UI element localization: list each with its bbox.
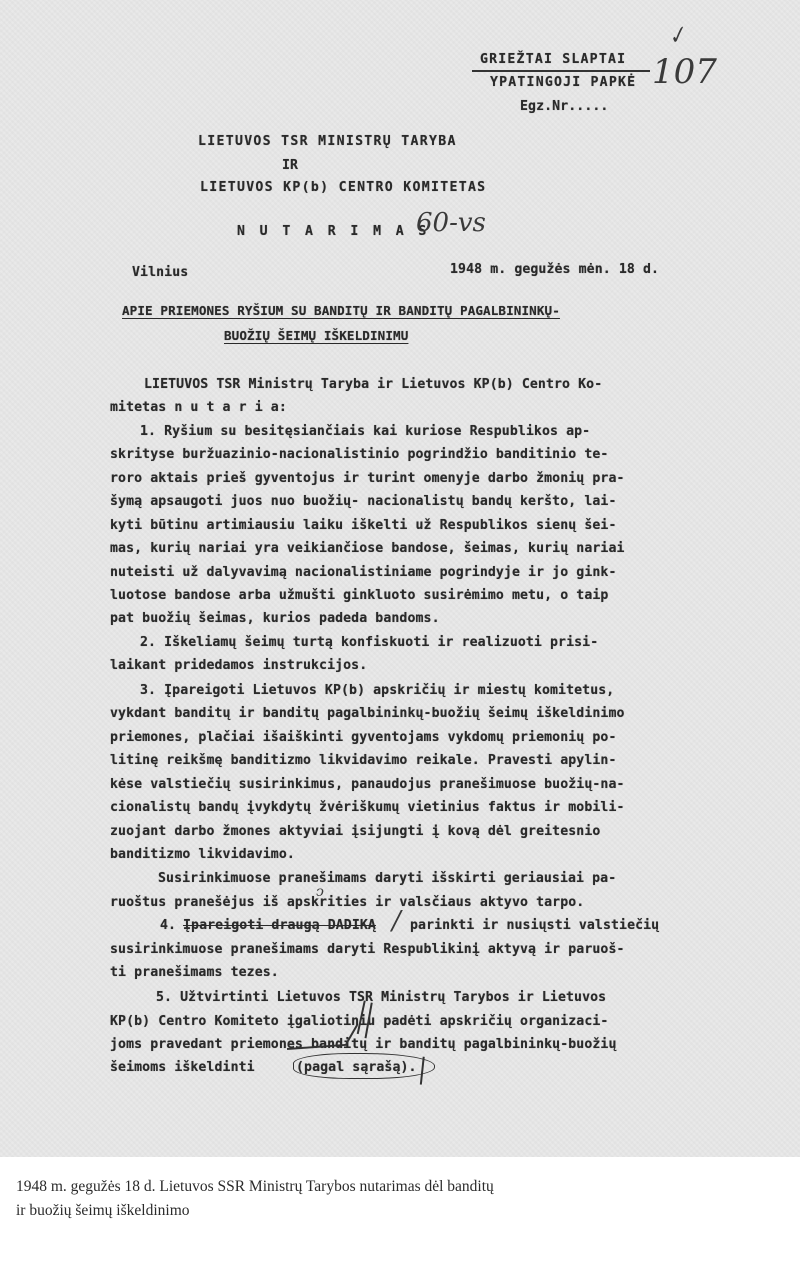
body-line: susirinkimuose pranešimams daryti Respub… xyxy=(110,942,625,957)
body-line: 5. Užtvirtinti Lietuvos TSR Ministrų Tar… xyxy=(156,990,606,1005)
body-line: 2. Iškeliamų šeimų turtą konfiskuoti ir … xyxy=(140,635,598,650)
body-line: kyti būtinu artimiausiu laiku iškelti už… xyxy=(110,518,617,533)
stamp-underline xyxy=(472,70,650,72)
body-line: 1. Ryšium su besitęsiančiais kai kuriose… xyxy=(140,424,590,439)
doc-type: N U T A R I M A S xyxy=(237,224,430,239)
body-line: ruoštus pranešėjus iš apskrities ir vals… xyxy=(110,895,584,910)
body-line: zuojant darbo žmones aktyviai įsijungti … xyxy=(110,824,600,839)
body-line: skrityse buržuazinio-nacionalistinio pog… xyxy=(110,447,608,462)
stamp-special-folder-label: YPATINGOJI PAPKĖ xyxy=(490,75,636,90)
body-line: ti pranešimams tezes. xyxy=(110,965,279,980)
body-line: joms pravedant priemones banditų ir band… xyxy=(110,1037,617,1052)
figure-caption-line-1: 1948 m. gegužės 18 d. Lietuvos SSR Minis… xyxy=(16,1178,494,1196)
body-line: cionalistų bandų įvykdytų žvėriškumų vie… xyxy=(110,800,625,815)
struck-out-text: Įpareigoti draugą DADIKĄ xyxy=(183,918,376,933)
body-line: priemones, plačiai išaiškinti gyventojam… xyxy=(110,730,617,745)
body-line: vykdant banditų ir banditų pagalbininkų-… xyxy=(110,706,625,721)
body-line: 3. Įpareigoti Lietuvos KP(b) apskričių i… xyxy=(140,683,614,698)
body-line: LIETUVOS TSR Ministrų Taryba ir Lietuvos… xyxy=(144,377,602,392)
header-and: IR xyxy=(282,158,298,173)
handwritten-slash: / xyxy=(392,906,401,936)
header-council: LIETUVOS TSR MINISTRŲ TARYBA xyxy=(198,134,457,149)
handwritten-doc-number: 60-vs xyxy=(416,208,486,238)
body-line: šeimoms iškeldinti xyxy=(110,1060,255,1075)
body-line: banditizmo likvidavimo. xyxy=(110,847,295,862)
subject-line-2: BUOŽIŲ ŠEIMŲ IŠKELDINIMU xyxy=(224,328,408,343)
stamp-secret-label: GRIEŽTAI SLAPTAI xyxy=(480,52,626,67)
document-page: GRIEŽTAI SLAPTAI YPATINGOJI PAPKĖ Egz.Nr… xyxy=(0,0,800,1157)
body-line: 4. xyxy=(160,918,176,933)
place: Vilnius xyxy=(132,265,188,280)
body-line: mas, kurių nariai yra veikiančiose bando… xyxy=(110,541,625,556)
date: 1948 m. gegužės mėn. 18 d. xyxy=(450,262,659,277)
handwritten-circle xyxy=(293,1053,435,1079)
header-committee: LIETUVOS KP(b) CENTRO KOMITETAS xyxy=(200,180,486,195)
body-line: parinkti ir nusiųsti valstiečių xyxy=(410,918,659,933)
handwritten-page-number: 107 xyxy=(652,52,717,92)
body-line: nuteisti už dalyvavimą nacionalistiniame… xyxy=(110,565,617,580)
subject-line-1: APIE PRIEMONES RYŠIUM SU BANDITŲ IR BAND… xyxy=(122,303,560,318)
body-line: kėse valstiečių susirinkimus, panaudojus… xyxy=(110,777,625,792)
figure-caption-line-2: ir buožių šeimų iškeldinimo xyxy=(16,1202,190,1220)
handwritten-insertion-mark: ↄ xyxy=(316,884,324,900)
body-line: litinę reikšmę banditizmo likvidavimo re… xyxy=(110,753,617,768)
body-line: šymą apsaugoti juos nuo buožių- nacional… xyxy=(110,494,617,509)
stamp-copy-number: Egz.Nr..... xyxy=(520,99,608,114)
body-line: mitetas n u t a r i a: xyxy=(110,400,287,415)
body-line: roro aktais prieš gyventojus ir turint o… xyxy=(110,471,625,486)
handwritten-mark: ✓ xyxy=(664,22,690,52)
body-line: Susirinkimuose pranešimams daryti išskir… xyxy=(158,871,616,886)
body-line: luotose bandose arba užmušti ginkluoto s… xyxy=(110,588,608,603)
body-line: pat buožių šeimas, kurios padeda bandoms… xyxy=(110,611,440,626)
body-line: laikant pridedamos instrukcijos. xyxy=(110,658,367,673)
